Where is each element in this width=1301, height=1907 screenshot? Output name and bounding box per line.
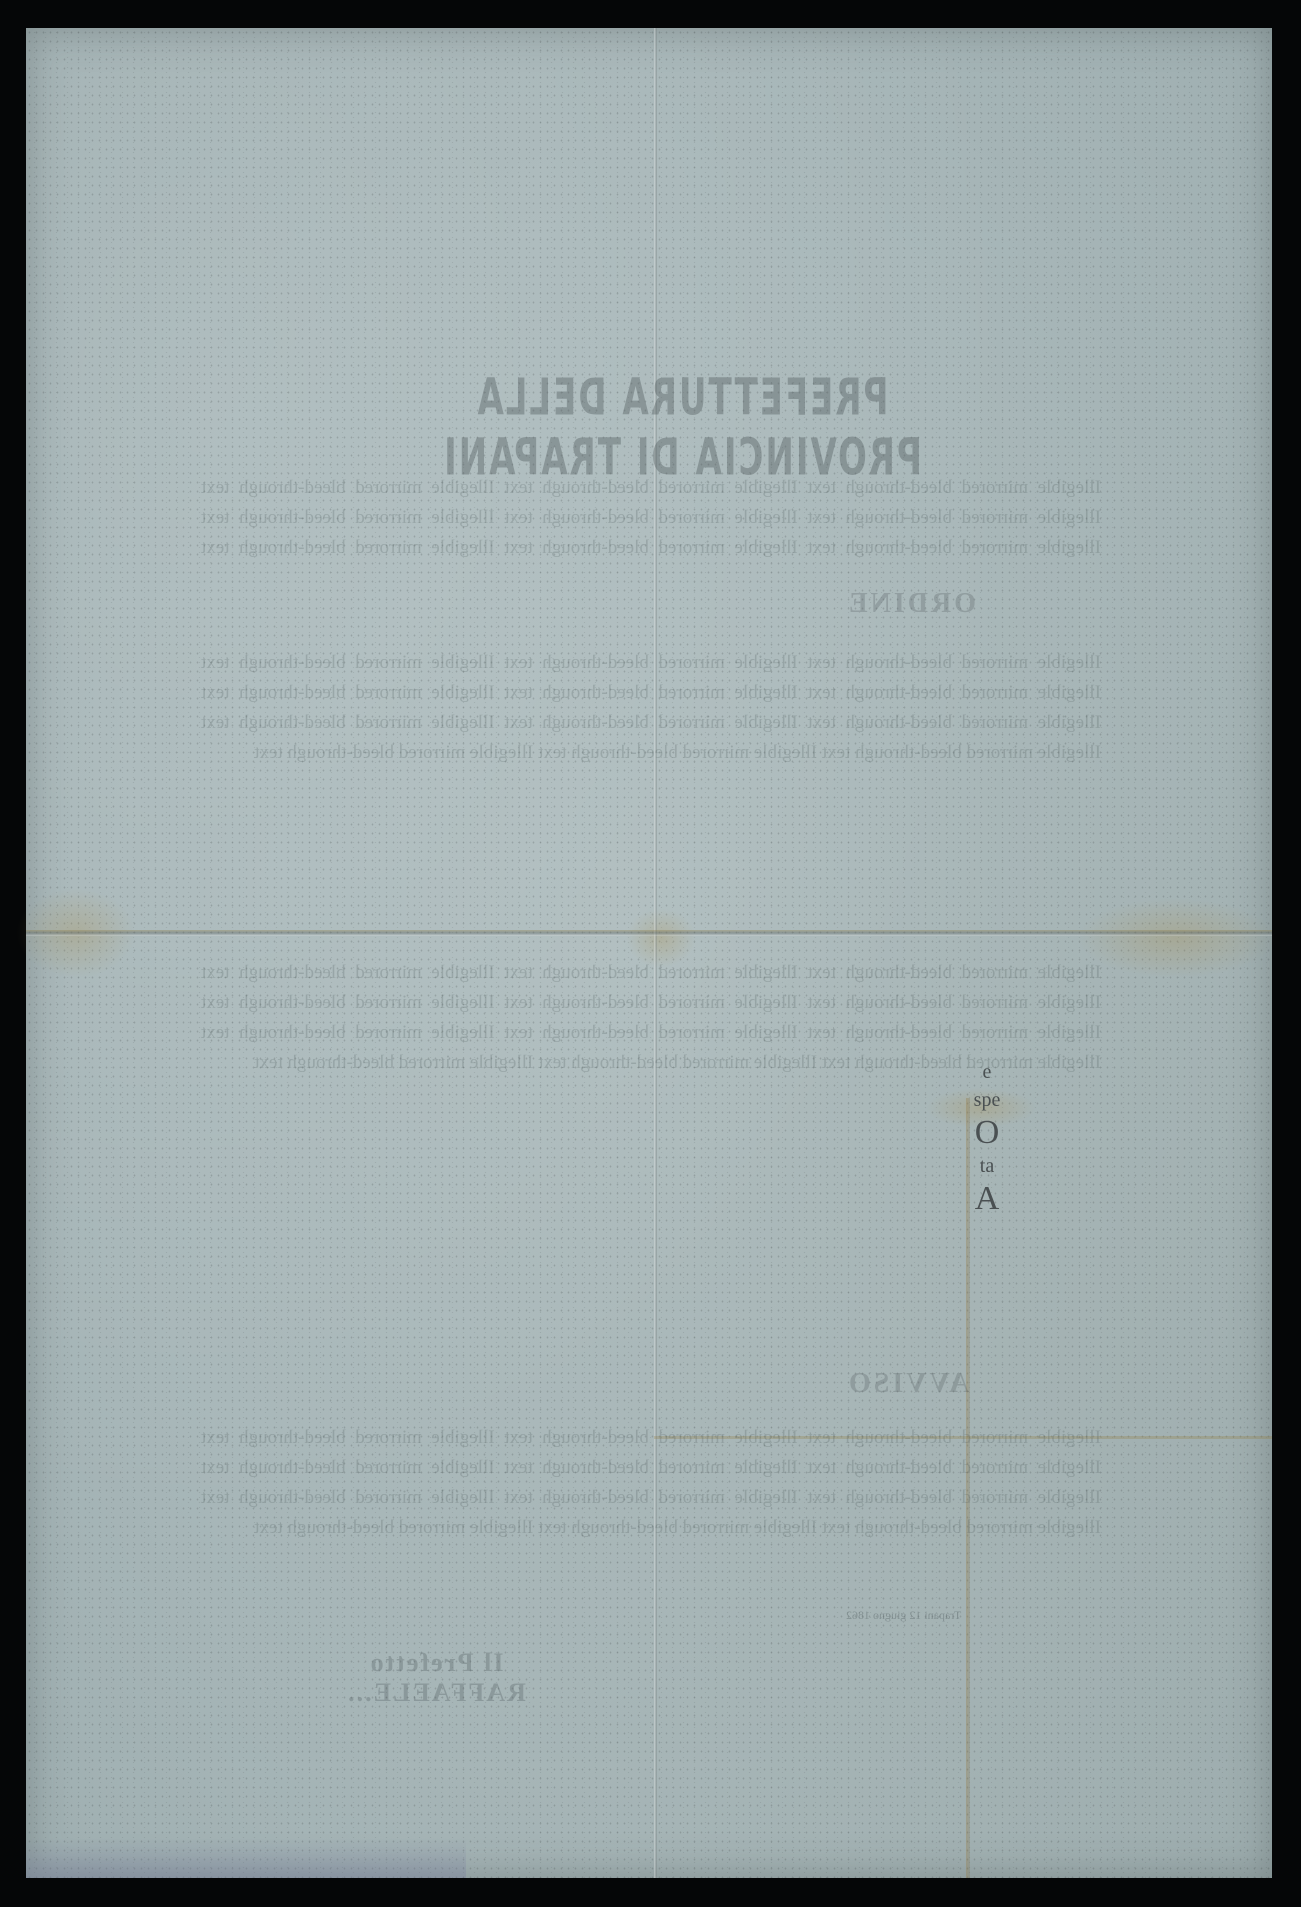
glyph-e: e bbox=[942, 1058, 1032, 1086]
horizontal-fold-line bbox=[26, 930, 1272, 936]
glyph-o: O bbox=[942, 1114, 1032, 1152]
signature-bleedthrough: Il Prefetto RAFFAELE... bbox=[306, 1648, 566, 1708]
torn-bottom-edge bbox=[26, 1838, 466, 1878]
body-bleedthrough-upper: Illegible mirrored bleed-through text Il… bbox=[201, 648, 1101, 908]
stain-right-fold bbox=[1076, 898, 1276, 978]
document-page: PREFETTURA DELLA PROVINCIA DI TRAPANI Il… bbox=[26, 28, 1272, 1878]
body-bleedthrough-lower: Illegible mirrored bleed-through text Il… bbox=[201, 1423, 1101, 1623]
heading-avviso-bleedthrough: AVVISO bbox=[846, 1368, 969, 1400]
intro-bleedthrough: Illegible mirrored bleed-through text Il… bbox=[201, 473, 1101, 563]
signature-name: RAFFAELE... bbox=[306, 1678, 566, 1708]
glyph-ta: ta bbox=[942, 1152, 1032, 1180]
title-bleedthrough: PREFETTURA DELLA PROVINCIA DI TRAPANI bbox=[362, 368, 1002, 488]
heading-ordine-bleedthrough: ORDINE bbox=[846, 588, 976, 620]
signature-title: Il Prefetto bbox=[306, 1648, 566, 1678]
date-bleedthrough: Trapani 12 giugno 1862 bbox=[846, 1608, 961, 1623]
glyph-spe: spe bbox=[942, 1086, 1032, 1114]
glyph-a: A bbox=[942, 1180, 1032, 1218]
visible-printed-characters: e spe O ta A bbox=[942, 1058, 1032, 1218]
